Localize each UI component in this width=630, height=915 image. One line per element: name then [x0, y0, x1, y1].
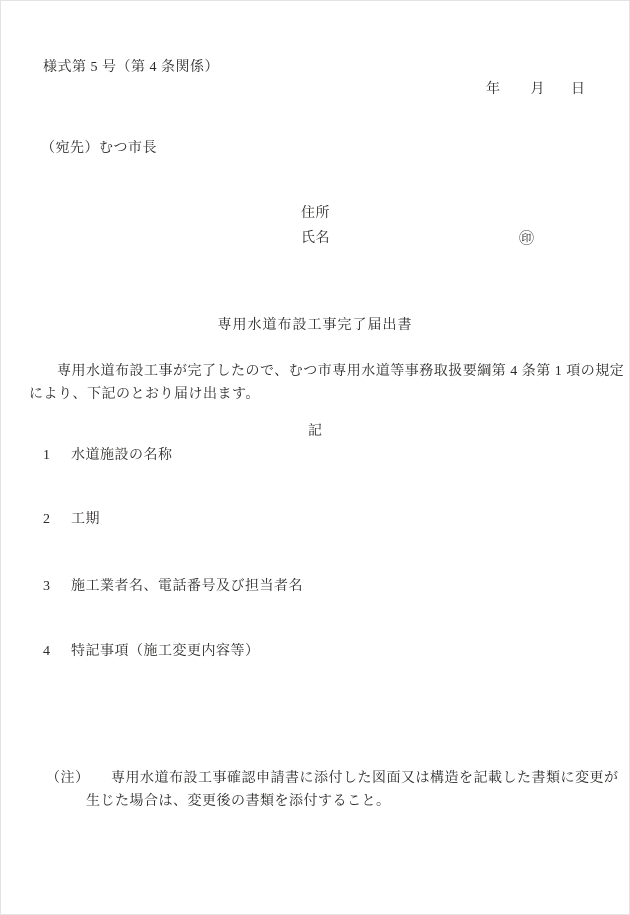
name-label: 氏名	[301, 227, 330, 247]
date-line: 年月日	[486, 78, 586, 98]
date-day-label: 日	[571, 82, 586, 97]
record-item-4-number: 4	[43, 644, 71, 660]
body-paragraph-line-2: により、下記のとおり届け出ます。	[29, 383, 260, 403]
form-number: 様式第 5 号（第 4 条関係）	[43, 56, 219, 76]
footnote-line-2: 生じた場合は、変更後の書類を添付すること。	[86, 790, 391, 810]
record-item-2-label: 工期	[71, 512, 100, 527]
record-item-4: 4特記事項（施工変更内容等）	[43, 640, 260, 660]
record-item-3: 3施工業者名、電話番号及び担当者名	[43, 575, 303, 595]
footnote-text-1: 専用水道布設工事確認申請書に添付した図面又は構造を記載した書類に変更が	[111, 771, 619, 786]
addressee: （宛先）むつ市長	[41, 137, 157, 157]
address-label: 住所	[301, 202, 330, 222]
seal-mark-icon: ㊞	[519, 227, 535, 248]
document-page: 様式第 5 号（第 4 条関係） 年月日 （宛先）むつ市長 住所 氏名 ㊞ 専用…	[0, 0, 630, 915]
date-month-label: 月	[531, 82, 546, 97]
document-title: 専用水道布設工事完了届出書	[1, 314, 629, 334]
record-item-2: 2工期	[43, 508, 100, 528]
record-item-1-number: 1	[43, 448, 71, 464]
record-item-1: 1水道施設の名称	[43, 444, 173, 464]
footnote-line-1: （注）専用水道布設工事確認申請書に添付した図面又は構造を記載した書類に変更が	[46, 767, 619, 787]
record-item-3-label: 施工業者名、電話番号及び担当者名	[71, 579, 303, 594]
record-item-1-label: 水道施設の名称	[71, 448, 173, 463]
body-paragraph-line-1: 専用水道布設工事が完了したので、むつ市専用水道等事務取扱要綱第 4 条第 1 項…	[57, 360, 624, 380]
record-heading: 記	[1, 420, 629, 440]
record-item-4-label: 特記事項（施工変更内容等）	[71, 644, 260, 659]
date-year-label: 年	[486, 82, 501, 97]
record-item-3-number: 3	[43, 579, 71, 595]
footnote-label: （注）	[46, 767, 111, 787]
record-item-2-number: 2	[43, 512, 71, 528]
